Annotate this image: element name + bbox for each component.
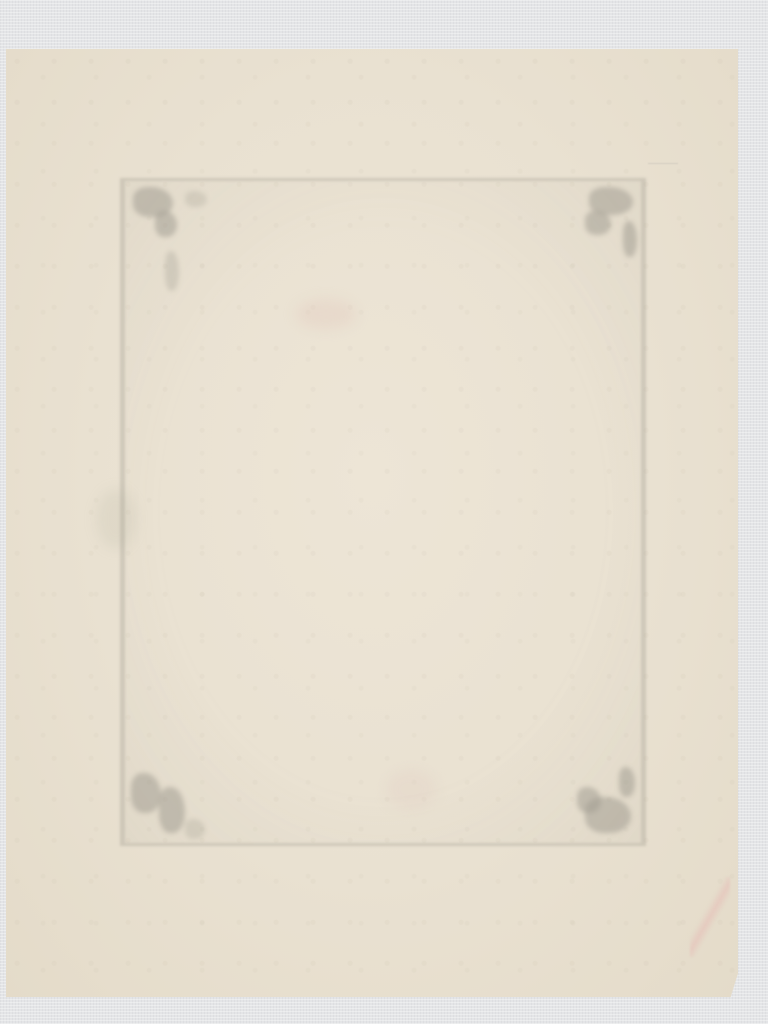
corner-ornament-top-left [125, 181, 215, 271]
corner-ornament-top-right [551, 181, 641, 271]
plate-impression-border [120, 178, 646, 846]
plate-impression-area [125, 181, 641, 843]
faint-pencil-mark [648, 149, 678, 164]
corner-ornament-bottom-left [125, 753, 215, 843]
paper-sheet [6, 49, 738, 997]
pink-crayon-mark [690, 877, 730, 957]
corner-ornament-bottom-right [551, 753, 641, 843]
